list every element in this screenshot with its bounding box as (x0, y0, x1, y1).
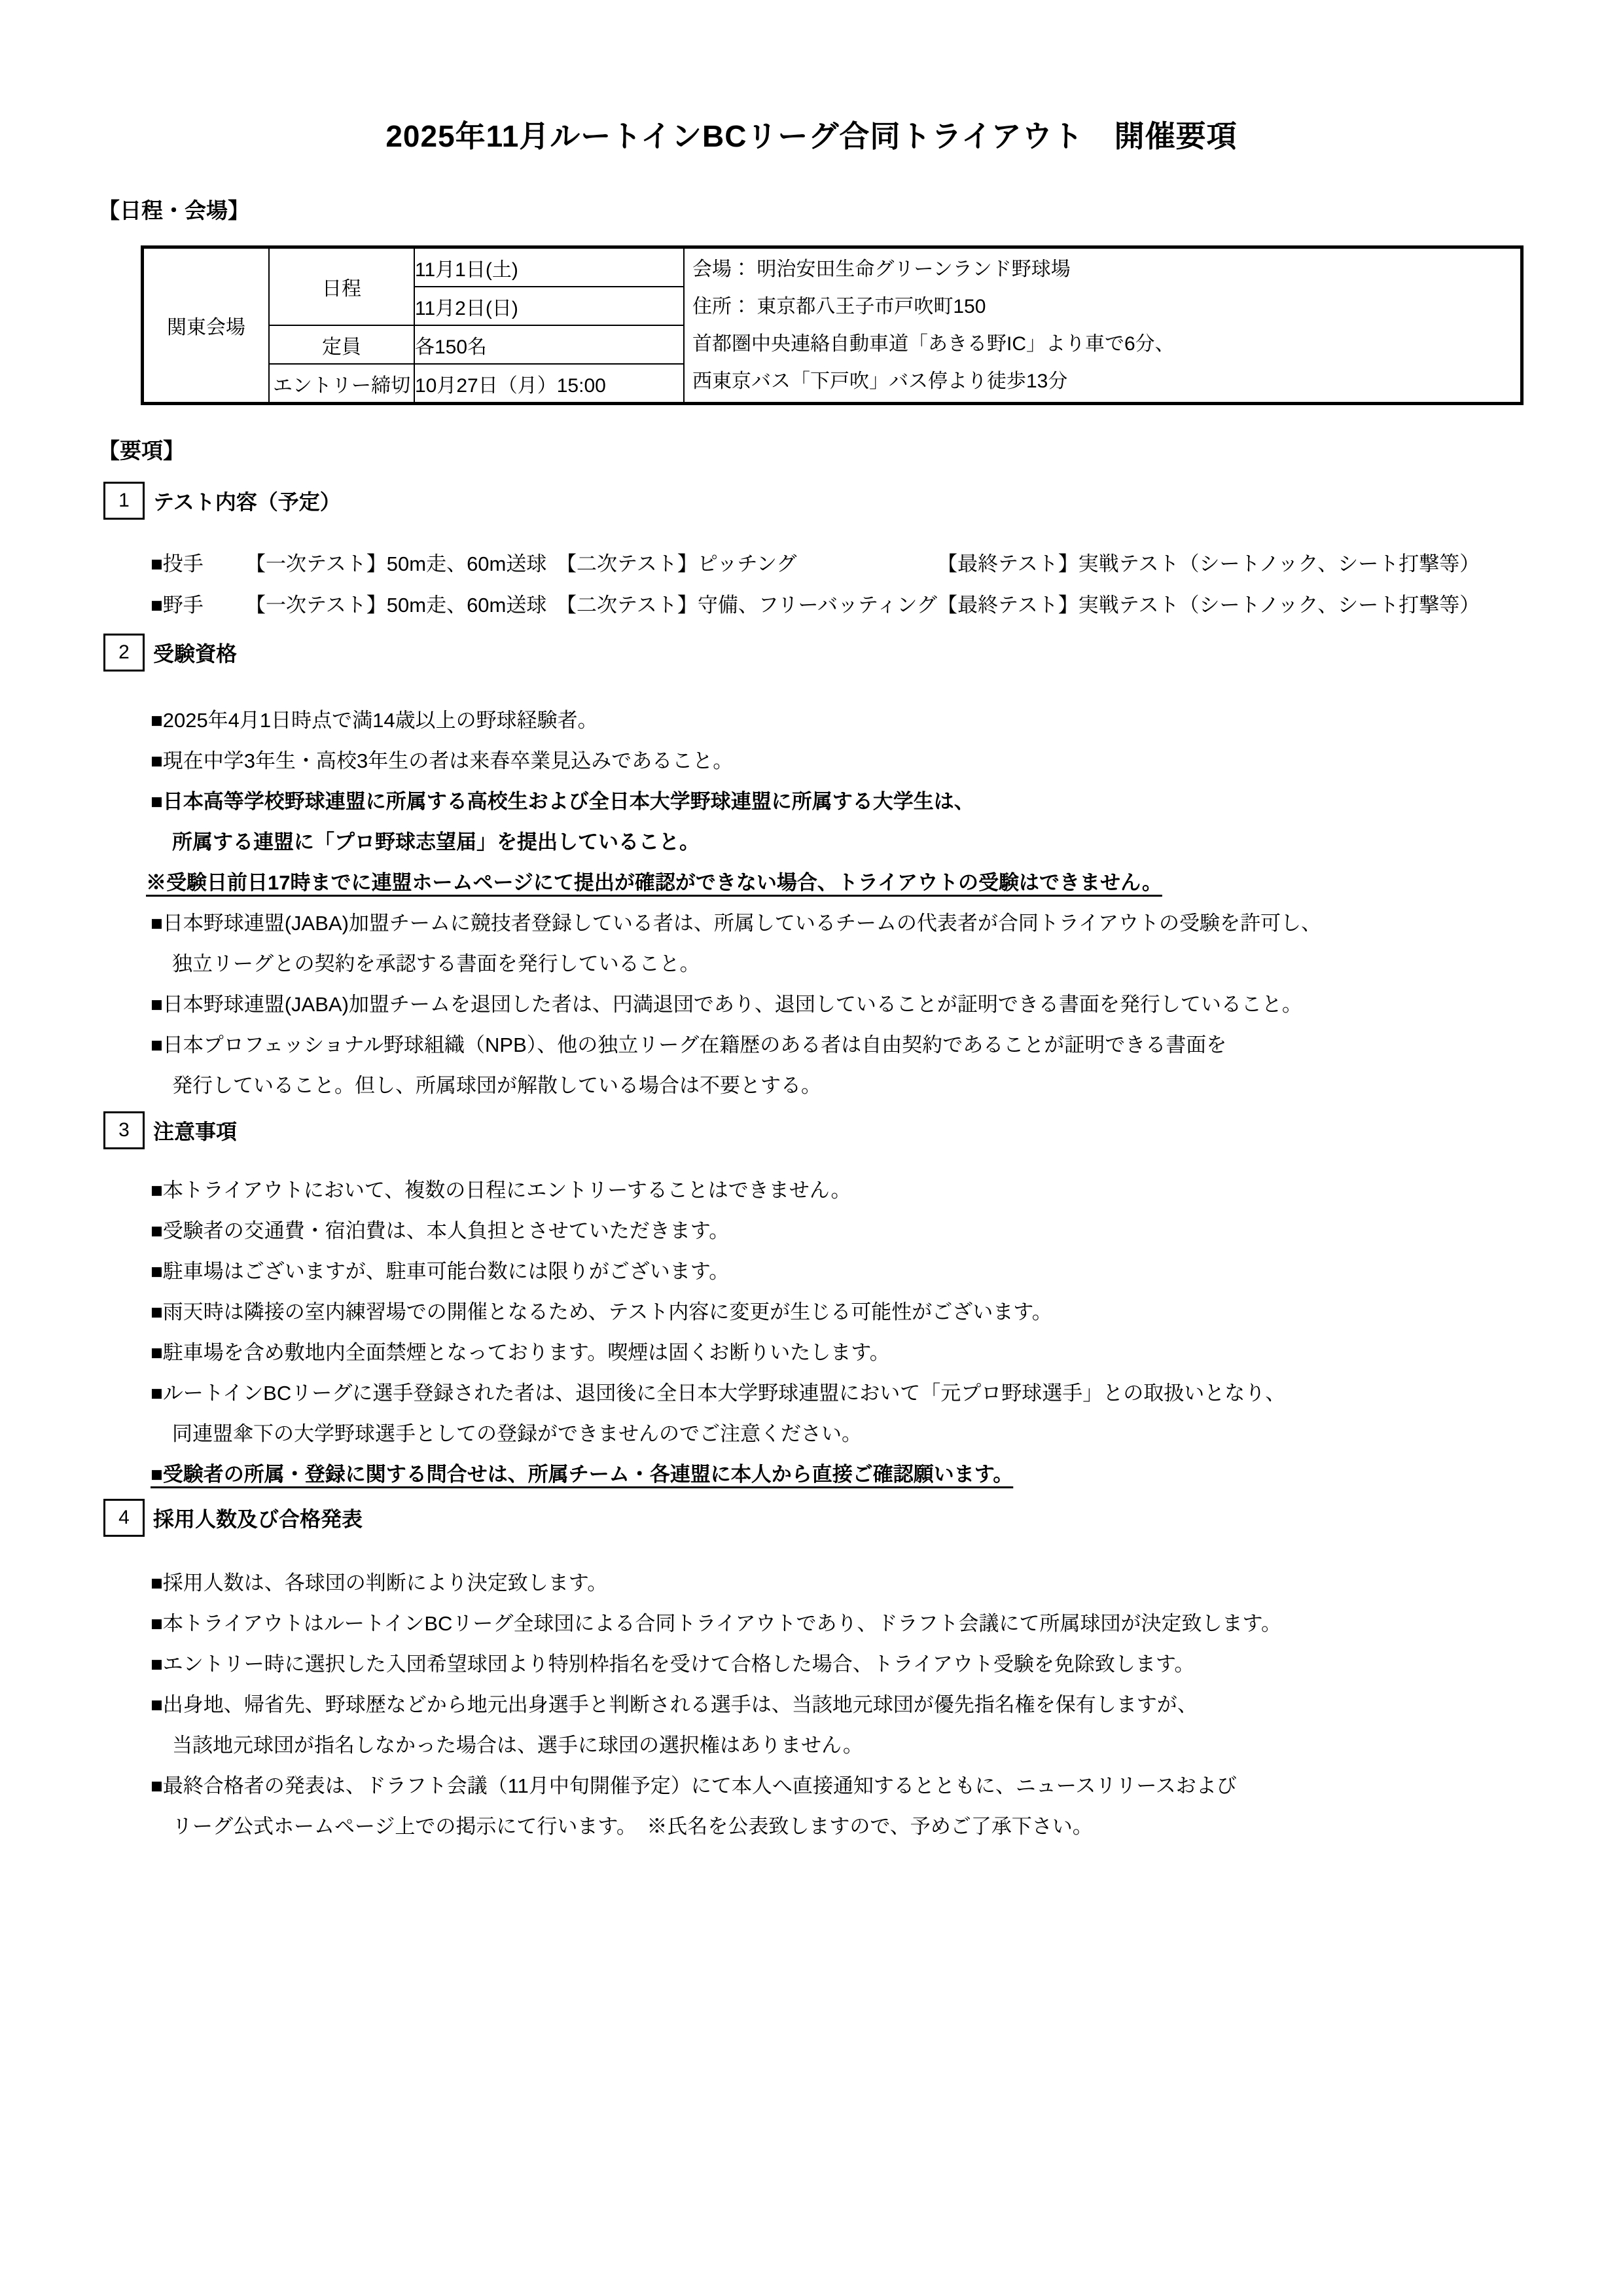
capacity-label-cell: 定員 (269, 325, 414, 364)
list-item: ■駐車場はございますが、駐車可能台数には限りがございます。 (151, 1251, 1525, 1292)
eligibility-list: ■2025年4月1日時点で満14歳以上の野球経験者。 ■現在中学3年生・高校3年… (151, 700, 1525, 1106)
list-item: ■駐車場を含め敷地内全面禁煙となっております。喫煙は固くお断りいたします。 (151, 1333, 1525, 1373)
test-contents-list: ■投手 【一次テスト】50m走、60m送球 【二次テスト】ピッチング 【最終テス… (151, 543, 1525, 626)
list-item: ■日本野球連盟(JABA)加盟チームを退団した者は、円満退団であり、退団している… (151, 984, 1525, 1025)
list-item: ■日本野球連盟(JABA)加盟チームに競技者登録している者は、所属しているチーム… (151, 903, 1525, 944)
dates-label-cell: 日程 (269, 247, 414, 326)
test-row-fielder: ■野手 【一次テスト】50m走、60m送球 【二次テスト】守備、フリーバッティン… (151, 584, 1525, 626)
list-item: ■日本プロフェッショナル野球組織（NPB）、他の独立リーグ在籍歴のある者は自由契… (151, 1025, 1525, 1066)
schedule-venue-heading: 【日程・会場】 (98, 194, 1525, 224)
entry-deadline-label-cell: エントリー締切 (269, 364, 414, 404)
test-position-label: ■投手 (151, 543, 245, 584)
notes-list: ■本トライアウトにおいて、複数の日程にエントリーすることはできません。 ■受験者… (151, 1170, 1525, 1495)
list-item: ■最終合格者の発表は、ドラフト会議（11月中旬開催予定）にて本人へ直接通知すると… (151, 1766, 1525, 1806)
outline-heading: 【要項】 (98, 434, 1525, 465)
list-item: 発行していること。但し、所属球団が解散している場合は不要とする。 (151, 1066, 1525, 1106)
section-header-test-contents: 1 テスト内容（予定） (103, 482, 1525, 520)
test-row-pitcher: ■投手 【一次テスト】50m走、60m送球 【二次テスト】ピッチング 【最終テス… (151, 543, 1525, 584)
list-item: ※受験日前日17時までに連盟ホームページにて提出が確認ができない場合、トライアウ… (146, 863, 1525, 903)
venue-address-line: 住所： 東京都八王子市戸吹町150 (685, 288, 1520, 325)
table-row: 関東会場 日程 11月1日(土) 会場： 明治安田生命グリーンランド野球場 住所… (143, 247, 1522, 287)
section-title: 受験資格 (153, 637, 237, 668)
venue-region-cell: 関東会場 (143, 247, 270, 404)
venue-name-line: 会場： 明治安田生命グリーンランド野球場 (685, 251, 1520, 288)
list-item: ■受験者の交通費・宿泊費は、本人負担とさせていただきます。 (151, 1211, 1525, 1251)
schedule-venue-table: 関東会場 日程 11月1日(土) 会場： 明治安田生命グリーンランド野球場 住所… (141, 245, 1524, 405)
section-title: テスト内容（予定） (153, 486, 341, 516)
capacity-value-cell: 各150名 (414, 325, 684, 364)
document-content: 2025年11月ルートインBCリーグ合同トライアウト 開催要項 【日程・会場】 … (0, 0, 1623, 1847)
venue-info-cell: 会場： 明治安田生命グリーンランド野球場 住所： 東京都八王子市戸吹町150 首… (684, 247, 1522, 404)
test-final-stage: 【最終テスト】実戦テスト（シートノック、シート打撃等） (937, 584, 1525, 626)
list-item: 同連盟傘下の大学野球選手としての登録ができませんのでご注意ください。 (151, 1414, 1525, 1454)
list-item: ■現在中学3年生・高校3年生の者は来春卒業見込みであること。 (151, 741, 1525, 781)
section-number-box: 4 (103, 1499, 145, 1537)
list-item: ■2025年4月1日時点で満14歳以上の野球経験者。 (151, 700, 1525, 741)
list-item: ■本トライアウトにおいて、複数の日程にエントリーすることはできません。 (151, 1170, 1525, 1211)
test-first-stage: 【一次テスト】50m走、60m送球 (245, 584, 556, 626)
test-position-label: ■野手 (151, 584, 245, 626)
list-item: ■エントリー時に選択した入団希望球団より特別枠指名を受けて合格した場合、トライア… (151, 1644, 1525, 1685)
list-item: 独立リーグとの契約を承認する書面を発行していること。 (151, 944, 1525, 984)
list-item: ■出身地、帰省先、野球歴などから地元出身選手と判断される選手は、当該地元球団が優… (151, 1685, 1525, 1725)
document-page: 2025年11月ルートインBCリーグ合同トライアウト 開催要項 【日程・会場】 … (0, 0, 1623, 2296)
test-final-stage: 【最終テスト】実戦テスト（シートノック、シート打撃等） (937, 543, 1525, 584)
date-value-2-cell: 11月2日(日) (414, 287, 684, 325)
section-number-box: 1 (103, 482, 145, 520)
date-value-1-cell: 11月1日(土) (414, 247, 684, 287)
section-header-eligibility: 2 受験資格 (103, 634, 1525, 672)
list-item: ■受験者の所属・登録に関する問合せは、所属チーム・各連盟に本人から直接ご確認願い… (151, 1454, 1525, 1495)
test-first-stage: 【一次テスト】50m走、60m送球 (245, 543, 556, 584)
venue-access-bus-line: 西東京バス「下戸吹」バス停より徒歩13分 (685, 363, 1520, 400)
list-item: 所属する連盟に「プロ野球志望届」を提出していること。 (151, 822, 1525, 863)
section-number-box: 2 (103, 634, 145, 672)
section-header-notes: 3 注意事項 (103, 1111, 1525, 1149)
section-title: 採用人数及び合格発表 (153, 1503, 363, 1533)
list-item: 当該地元球団が指名しなかった場合は、選手に球団の選択権はありません。 (151, 1725, 1525, 1766)
test-second-stage: 【二次テスト】ピッチング (556, 543, 937, 584)
results-list: ■採用人数は、各球団の判断により決定致します。 ■本トライアウトはルートインBC… (151, 1563, 1525, 1847)
section-title: 注意事項 (153, 1115, 237, 1145)
list-item: ■採用人数は、各球団の判断により決定致します。 (151, 1563, 1525, 1604)
section-header-results: 4 採用人数及び合格発表 (103, 1499, 1525, 1537)
document-title: 2025年11月ルートインBCリーグ合同トライアウト 開催要項 (98, 0, 1525, 156)
venue-access-car-line: 首都圏中央連絡自動車道「あきる野IC」より車で6分、 (685, 325, 1520, 363)
list-item: ■雨天時は隣接の室内練習場での開催となるため、テスト内容に変更が生じる可能性がご… (151, 1292, 1525, 1333)
list-item: リーグ公式ホームページ上での掲示にて行います。 ※氏名を公表致しますので、予めご… (151, 1806, 1525, 1847)
list-item: ■日本高等学校野球連盟に所属する高校生および全日本大学野球連盟に所属する大学生は… (151, 781, 1525, 822)
list-item: ■本トライアウトはルートインBCリーグ全球団による合同トライアウトであり、ドラフ… (151, 1604, 1525, 1644)
entry-deadline-value-cell: 10月27日（月）15:00 (414, 364, 684, 404)
list-item: ■ルートインBCリーグに選手登録された者は、退団後に全日本大学野球連盟において「… (151, 1373, 1525, 1414)
section-number-box: 3 (103, 1111, 145, 1149)
test-second-stage: 【二次テスト】守備、フリーバッティング (556, 584, 937, 626)
